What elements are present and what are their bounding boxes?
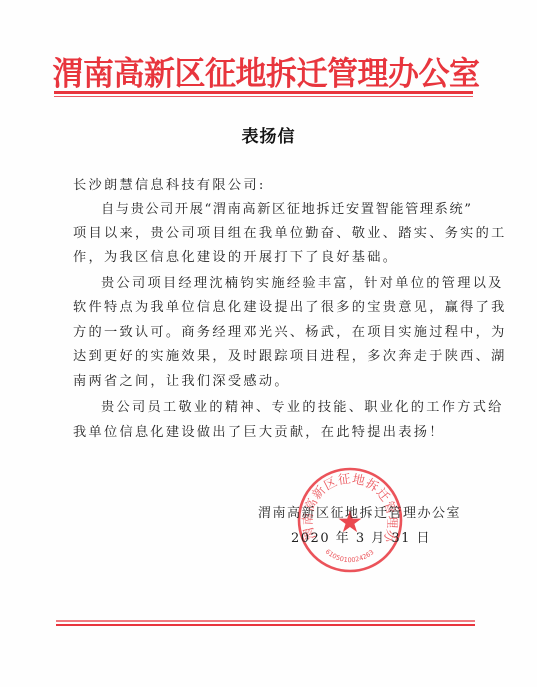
body-line: 南两省之间，让我们深受感动。 — [73, 374, 290, 390]
letterhead-rule-thick — [54, 91, 473, 94]
letter-title: 表扬信 — [0, 122, 537, 147]
body-line: 自与贵公司开展“渭南高新区征地拆迁安置智能管理系统” — [101, 202, 473, 218]
footer-rule-lower — [56, 624, 475, 626]
body-line: 作，为我区信息化建设的开展打下了良好基础。 — [73, 250, 398, 266]
body-line: 贵公司员工敬业的精神、专业的技能、职业化的工作方式给 — [101, 400, 504, 416]
body-line: 项目以来，贵公司项目组在我单位勤奋、敬业、踏实、务实的工 — [73, 226, 507, 242]
letter-page: 渭南高新区征地拆迁管理办公室 表扬信 长沙朗慧信息科技有限公司: 自与贵公司开展… — [0, 0, 537, 687]
body-line: 方的一致认可。商务经理邓光兴、杨武，在项目实施过程中，为 — [73, 325, 507, 341]
body-line: 贵公司项目经理沈楠钧实施经验丰富，针对单位的管理以及 — [101, 276, 504, 292]
body-line: 我单位信息化建设做出了巨大贡献，在此特提出表扬！ — [73, 425, 445, 441]
letterhead-rule-thin — [54, 96, 473, 97]
signature-org: 渭南高新区征地拆迁管理办公室 — [258, 502, 461, 521]
svg-text:6105010024263: 6105010024263 — [324, 548, 376, 565]
body-line: 达到更好的实施效果，及时跟踪项目进程，多次奔走于陕西、湖 — [73, 349, 507, 365]
footer-rule-upper — [56, 620, 475, 622]
signature-date: 2020 年 3 月 31 日 — [291, 527, 431, 546]
body-line: 软件特点为我单位信息化建设提出了很多的宝贵意见，赢得了我 — [73, 300, 507, 316]
salutation: 长沙朗慧信息科技有限公司: — [73, 178, 266, 194]
letterhead-org-name: 渭南高新区征地拆迁管理办公室 — [50, 56, 482, 92]
